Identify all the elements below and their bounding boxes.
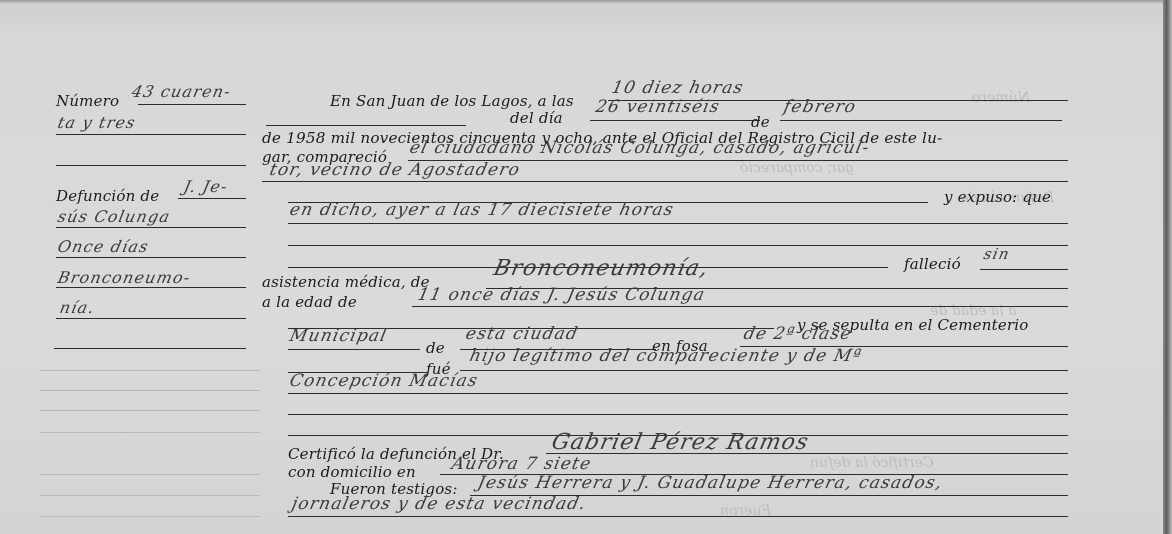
faint-guide-4: [40, 432, 260, 433]
defuncion-rule-2: [56, 227, 246, 228]
margin-rule-3: [56, 165, 246, 166]
defuncion-rule-1: [178, 198, 246, 199]
faint-guide-7: [40, 516, 260, 517]
fallecio-value: sin: [982, 245, 1012, 263]
filiation-rule: [460, 370, 1068, 371]
defuncion-rule-4: [56, 287, 246, 288]
age-rule: [412, 306, 1068, 307]
asistencia-text: asistencia médica, de: [262, 273, 430, 291]
book-binding-edge: [1163, 0, 1172, 534]
defuncion-rule-5: [56, 318, 246, 319]
address-value: Aurora 7 siete: [450, 454, 594, 474]
faint-guide-5: [40, 474, 260, 475]
line7-rule: [288, 245, 1068, 246]
day-value: 26 veintiséis: [594, 97, 722, 117]
defuncion-rule-3: [56, 257, 246, 258]
fallecio-text: falleció: [904, 255, 961, 273]
witnesses-value-cont: jornaleros y de esta vecindad.: [290, 494, 588, 514]
defuncion-value-line2: sús Colunga: [56, 207, 172, 226]
defuncion-value-line4: Bronconeumo-: [56, 268, 193, 287]
defuncion-value-line3: Once días: [56, 237, 151, 256]
grave-class-value: de 2ª clase: [742, 324, 854, 344]
numero-rule-1: [138, 104, 246, 105]
fallecio-rule: [980, 269, 1068, 270]
day-rule: [590, 120, 760, 121]
edad-text: a la edad de: [262, 293, 357, 311]
line15-rule: [288, 414, 1068, 415]
numero-rule-2: [56, 134, 246, 135]
faint-guide-3: [40, 410, 260, 411]
faint-guide-1: [40, 370, 260, 371]
defuncion-value-line1: J. Je-: [182, 177, 230, 196]
line6-rule: [288, 223, 1068, 224]
doctor-value: Gabriel Pérez Ramos: [549, 430, 811, 455]
line2-lead-rule: [266, 125, 466, 126]
bleed-through-comparecio: gar, compareció: [740, 160, 854, 176]
de-ciudad-text: de: [426, 339, 445, 357]
month-rule: [780, 120, 1062, 121]
place-text: En San Juan de los Lagos, a las: [330, 92, 574, 110]
mother-value: Concepción Macías: [288, 371, 480, 391]
month-value: febrero: [782, 97, 858, 117]
faint-guide-2: [40, 390, 260, 391]
line19-rule: [288, 516, 1068, 517]
age-value: 11 once días J. Jesús Colunga: [416, 285, 707, 305]
defuncion-value-line5: nía.: [58, 298, 97, 317]
domicilio-text: con domicilio en: [288, 463, 416, 481]
city-value: esta ciudad: [464, 324, 580, 344]
register-page: Número Defunción de gar, compareció a la…: [0, 0, 1165, 534]
cemetery-rule: [288, 349, 420, 350]
line14-rule: [288, 393, 1068, 394]
numero-label: Número: [56, 92, 119, 110]
faint-guide-6: [40, 495, 260, 496]
declarant-value: el ciudadano Nicolás Colunga, casado, ag…: [408, 138, 872, 158]
cemetery-value: Municipal: [288, 326, 389, 346]
numero-value-line1: 43 cuaren-: [130, 82, 233, 101]
del-dia-text: del día: [510, 109, 563, 127]
line5-rule: [262, 181, 1068, 182]
death-time-value: en dicho, ayer a las 17 diecisiete horas: [288, 200, 676, 220]
hour-value: 10 diez horas: [610, 78, 746, 98]
witnesses-value: Jesús Herrera y J. Guadalupe Herrera, ca…: [476, 473, 945, 493]
bleed-through-numero: Número: [972, 90, 1030, 106]
page-top-shadow: [0, 0, 1172, 4]
doctor-rule: [546, 453, 1068, 454]
bleed-through-certifico: Certificó la defun: [810, 455, 934, 471]
cause-value: Bronconeumonía,: [491, 256, 711, 281]
defuncion-label: Defunción de: [56, 187, 159, 205]
expuso-text: y expuso: que: [944, 188, 1051, 206]
declarant-value-cont: tor, vecino de Agostadero: [268, 160, 522, 180]
numero-value-line2: ta y tres: [56, 113, 138, 132]
defuncion-rule-6: [54, 348, 246, 349]
filiation-value: hijo legítimo del compareciente y de Mª: [468, 346, 864, 366]
